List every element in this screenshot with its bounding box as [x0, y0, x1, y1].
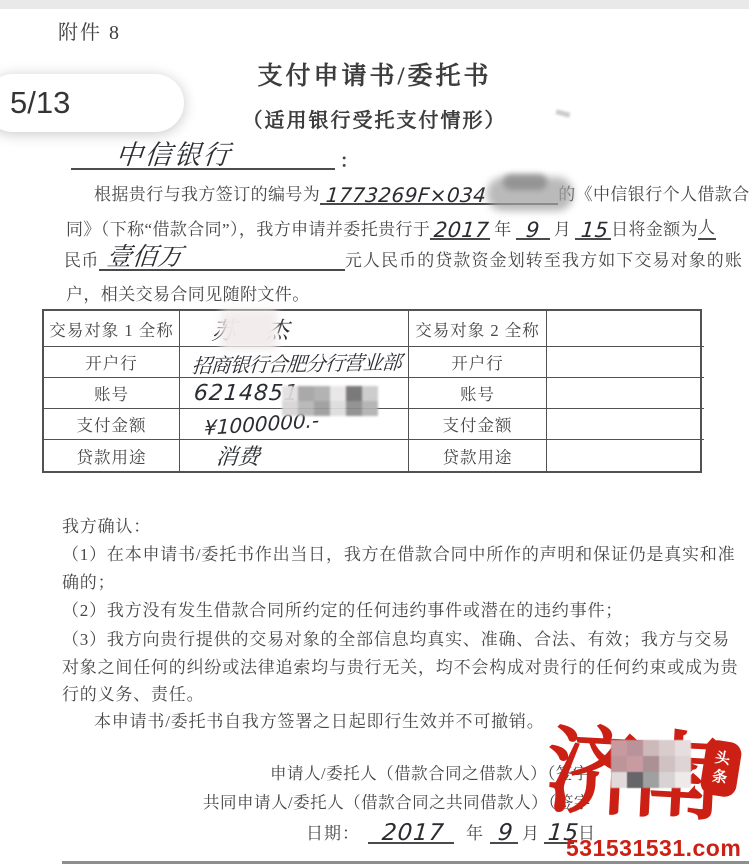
para-l2-ren-underlined: 人: [698, 213, 715, 240]
table-label-amount1: 支付金额: [44, 409, 180, 440]
para-l1-pre: 根据贵行与我方签订的编号为: [94, 180, 320, 205]
month-blank: 9: [516, 216, 550, 240]
date-unit-year: 年: [466, 819, 484, 844]
table-value-counterparty1: 苏 杰: [180, 311, 409, 347]
account-censor-mosaic: [282, 386, 378, 416]
table-label-counterparty1: 交易对象 1 全称: [44, 311, 180, 347]
table-value-amount2: [547, 409, 704, 440]
table-value-purpose1: 消费: [180, 440, 409, 471]
attachment-label: 附件 8: [58, 16, 121, 45]
table-label-account2: 账号: [409, 378, 547, 409]
contract-number-handwriting: 1773269F×034: [325, 183, 487, 207]
confirm-heading: 我方确认：: [62, 512, 151, 537]
table-label-account1: 账号: [44, 378, 180, 409]
table-label-amount2: 支付金额: [409, 409, 547, 440]
table-value-purpose2: [547, 440, 704, 471]
applicant-signature-line: 申请人/委托人（借款合同之借款人）（签字: [270, 760, 590, 784]
paragraph-line-2: 同》（下称“借款合同”），我方申请并委托贵行于 2017 年 9 月 15 日将…: [66, 213, 716, 240]
page-indicator-badge: 5/13: [0, 74, 184, 132]
date-year-handwriting: 2017: [381, 820, 446, 846]
amount-words-handwriting: 壹佰万: [105, 237, 184, 273]
paragraph-line-3: 民币 壹佰万 元人民币的贷款资金划转至我方如下交易对象的账: [64, 246, 743, 271]
confirm-item3-line2: 对象之间任何的纠纷或法律追索均与贵行无关，均不会构成对贵行的任何约束或成为贵: [62, 653, 738, 678]
table-value-account2: [547, 378, 704, 409]
page-indicator-text: 5/13: [10, 85, 70, 121]
table-label-purpose2: 贷款用途: [409, 440, 547, 471]
signature-censor-mosaic: [611, 740, 691, 788]
date-year-blank: 2017: [368, 820, 454, 844]
date-label: 日期：: [306, 819, 360, 844]
para-l2-post: 日将金额为: [611, 215, 698, 240]
watermark-site-text: 531531531.com: [566, 835, 741, 862]
paragraph-line-1: 根据贵行与我方签订的编号为 1773269F×034 的《中信银行个人借款合: [94, 180, 749, 205]
table-label-purpose1: 贷款用途: [44, 440, 180, 471]
salutation-bank-handwriting: 中信银行: [114, 133, 233, 172]
purpose1-handwriting: 消费: [215, 440, 262, 471]
table-value-counterparty2: [547, 311, 704, 347]
co-applicant-signature-line: 共同申请人/委托人（借款合同之共同借款人）（签字: [203, 789, 591, 813]
effectiveness-statement: 本申请书/委托书自我方签署之日起即行生效并不可撤销。: [94, 707, 545, 732]
confirm-item2: （2）我方没有发生借款合同所约定的任何违约事件或潜在的违约事件；: [62, 596, 623, 621]
name-censor-blur: [221, 310, 277, 350]
para-l1-post: 的《中信银行个人借款合: [558, 180, 749, 205]
year-handwriting: 2017: [433, 218, 490, 242]
contract-number-censor-blur-dark: [503, 174, 547, 190]
table-value-bank2: [547, 347, 704, 378]
watermark-toutiao-badge: 头 条: [699, 739, 743, 799]
confirm-item3-line1: （3）我方向贵行提供的交易对象的全部信息均真实、准确、合法、有效；我方与交易: [62, 625, 730, 650]
paragraph-line-4: 户，相关交易合同见随附文件。: [66, 280, 310, 305]
month-handwriting: 9: [525, 218, 541, 242]
bank1-handwriting: 招商银行合肥分行营业部: [191, 346, 402, 379]
watermark-badge-char-bottom: 条: [711, 767, 729, 788]
salutation-colon: ：: [340, 147, 358, 173]
unit-year: 年: [494, 215, 511, 240]
date-month-blank: 9: [490, 820, 518, 844]
table-label-bank2: 开户行: [409, 347, 547, 378]
amount-words-blank: 壹佰万: [99, 247, 345, 271]
para-l3-pre: 民币: [64, 246, 99, 271]
top-gray-strip: [0, 0, 749, 9]
para-l4: 户，相关交易合同见随附文件。: [66, 280, 310, 305]
unit-month: 月: [554, 215, 571, 240]
day-handwriting: 15: [580, 218, 610, 242]
watermark-badge-char-top: 头: [714, 749, 732, 770]
date-unit-month: 月: [522, 819, 540, 844]
table-label-counterparty2: 交易对象 2 全称: [409, 311, 547, 347]
day-blank: 15: [575, 216, 611, 240]
year-blank: 2017: [430, 216, 490, 240]
confirm-item1-line1: （1）在本申请书/委托书作出当日，我方在借款合同中所作的声明和保证仍是真实和准: [62, 540, 735, 565]
table-label-bank1: 开户行: [44, 347, 180, 378]
date-month-handwriting: 9: [497, 820, 515, 846]
para-l3-post: 元人民币的贷款资金划转至我方如下交易对象的账: [345, 246, 743, 271]
confirm-item3-line3: 行的义务、责任。: [62, 680, 204, 705]
scanned-document-page: 5/13 附件 8 支付申请书/委托书 （适用银行受托支付情形） 中信银行 ： …: [0, 0, 749, 867]
table-value-bank1: 招商银行合肥分行营业部: [180, 347, 409, 378]
confirm-item1-line2: 确的；: [62, 568, 115, 593]
